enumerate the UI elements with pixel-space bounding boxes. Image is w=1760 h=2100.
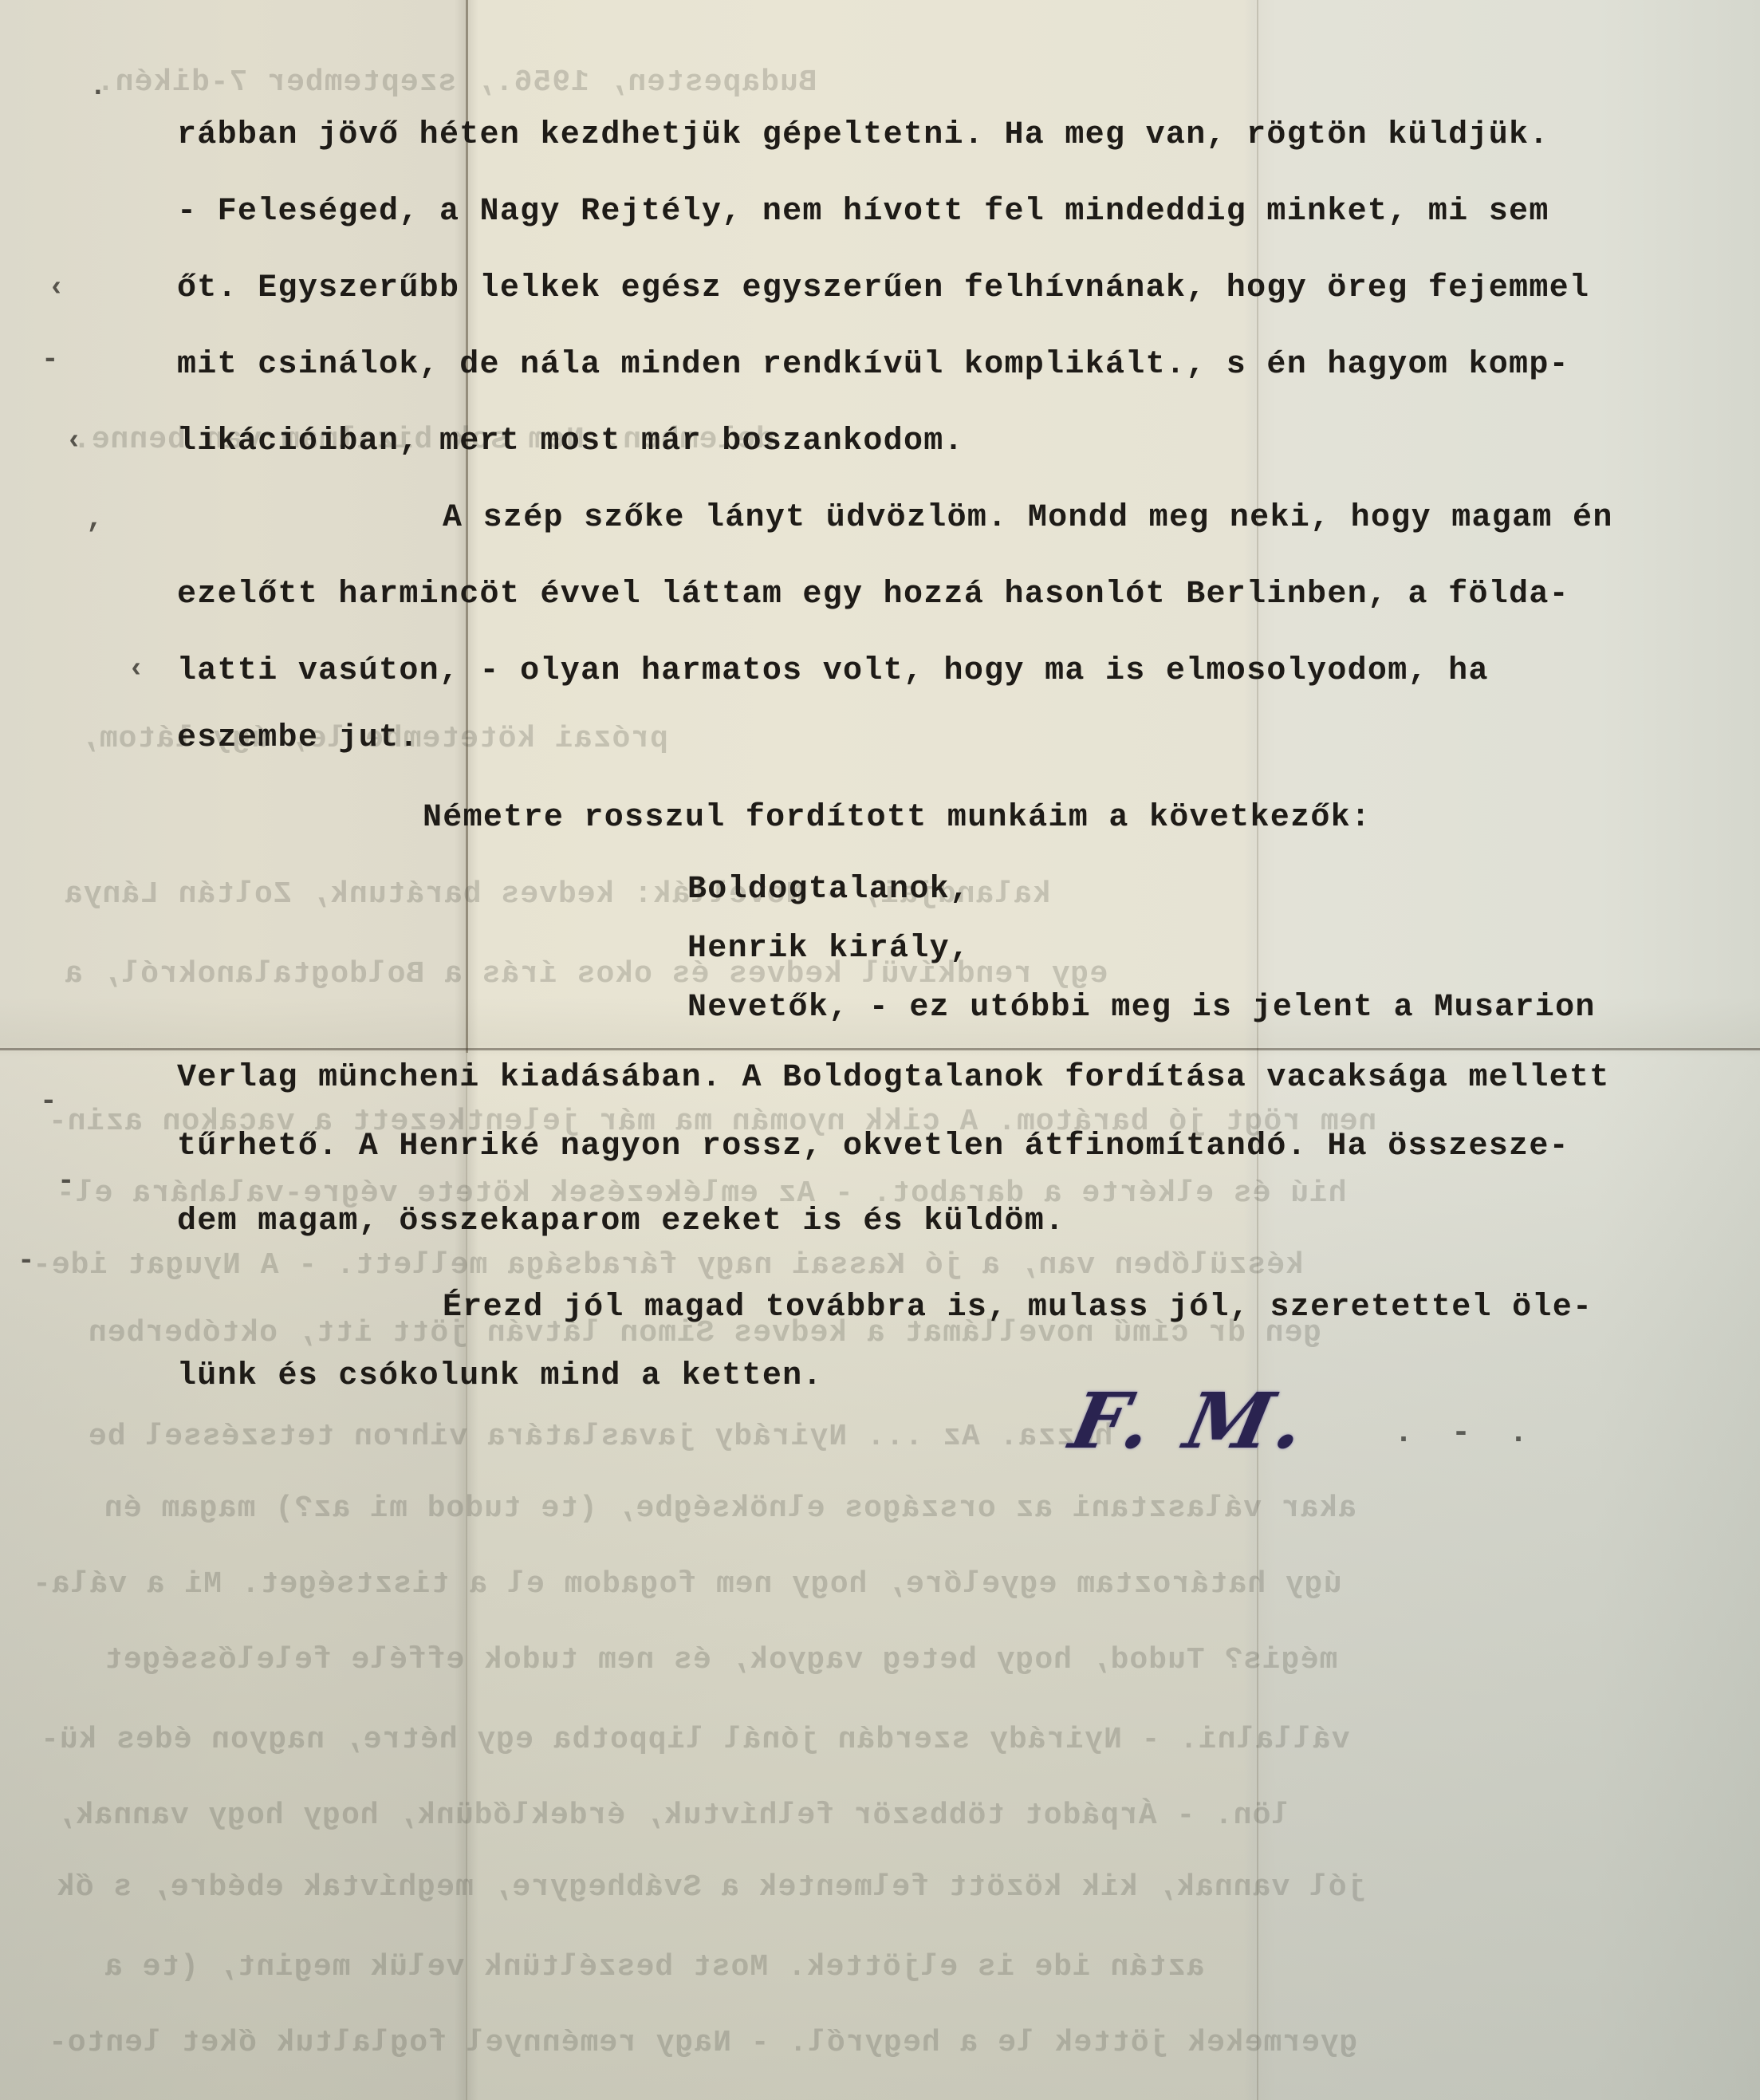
typed-line: - Feleséged, a Nagy Rejtély, nem hívott … [177, 196, 1549, 228]
typed-line: rábban jövő héten kezdhetjük gépeltetni.… [177, 120, 1549, 152]
bleed-through-line: aztán ide is eljöttek. Most beszéltünk v… [104, 1950, 1205, 1984]
typed-line: Érezd jól magad továbbra is, mulass jól,… [443, 1292, 1593, 1324]
margin-mark: . [89, 70, 107, 103]
typed-line: Verlag müncheni kiadásában. A Boldogtala… [177, 1062, 1610, 1094]
margin-mark: ‹ [128, 652, 145, 685]
margin-mark: - [57, 1164, 75, 1197]
typed-line: őt. Egyszerűbb lelkek egész egyszerűen f… [177, 273, 1589, 305]
typed-line: Boldogtalanok, [687, 874, 970, 906]
margin-mark: - [41, 343, 59, 376]
typed-line: Németre rosszul fordított munkáim a köve… [423, 802, 1371, 834]
bleed-through-line: úgy határoztam egyelőre, hogy nem fogado… [32, 1567, 1341, 1602]
margin-mark: - [40, 1085, 57, 1117]
margin-mark: ‹ [65, 424, 83, 457]
typed-line: ezelőtt harmincöt évvel láttam egy hozzá… [177, 579, 1569, 611]
typed-line: eszembe jut. [177, 723, 419, 755]
typed-line: lünk és csókolunk mind a ketten. [177, 1361, 823, 1393]
bleed-through-line: készülőben van, a jó Kassai nagy fáradsá… [32, 1248, 1304, 1282]
typed-line: latti vasúton, - olyan harmatos volt, ho… [177, 656, 1489, 688]
bleed-through-line: gyermekek jöttek le a hegyről. - Nagy re… [48, 2026, 1357, 2060]
typed-line: dem magam, összekaparom ezeket is és kül… [177, 1206, 1065, 1238]
signature-trailing-marks: . - . [1356, 1416, 1528, 1452]
paper-fold-horizontal [0, 1048, 1760, 1050]
typed-line: tűrhető. A Henriké nagyon rossz, okvetle… [177, 1131, 1569, 1163]
typed-line: mit csinálok, de nála minden rendkívül k… [177, 349, 1569, 381]
bleed-through-line: mégis? Tudod, hogy beteg vagyok, és nem … [104, 1643, 1337, 1677]
handwritten-signature: F. M. [1063, 1376, 1317, 1466]
typed-line: A szép szőke lányt üdvözlöm. Mondd meg n… [443, 502, 1613, 534]
bleed-through-line: vállalni. - Nyirády szerdán jónál lippot… [40, 1723, 1349, 1757]
bleed-through-line: hozza. Az ... Nyirády javaslatára vihron… [88, 1420, 1112, 1454]
margin-mark: , [86, 502, 104, 535]
typed-line: Nevetők, - ez utóbbi meg is jelent a Mus… [687, 992, 1596, 1024]
bleed-through-line: lön. - Árpádot többször felhívtuk, érdek… [56, 1799, 1289, 1833]
margin-mark: ‹ [48, 271, 65, 304]
bleed-through-line: akar választani az országos elnökségbe, … [104, 1491, 1356, 1526]
bleed-through-line: jól vannak, kik között felmentek a Svábh… [56, 1870, 1365, 1905]
typed-line: Henrik király, [687, 933, 970, 965]
margin-mark: - [18, 1244, 35, 1277]
typed-line: likációiban, mert most már boszankodom. [177, 426, 964, 458]
bleed-through-line: Budapesten, 1956., szeptember 7-dikén. [96, 65, 817, 100]
